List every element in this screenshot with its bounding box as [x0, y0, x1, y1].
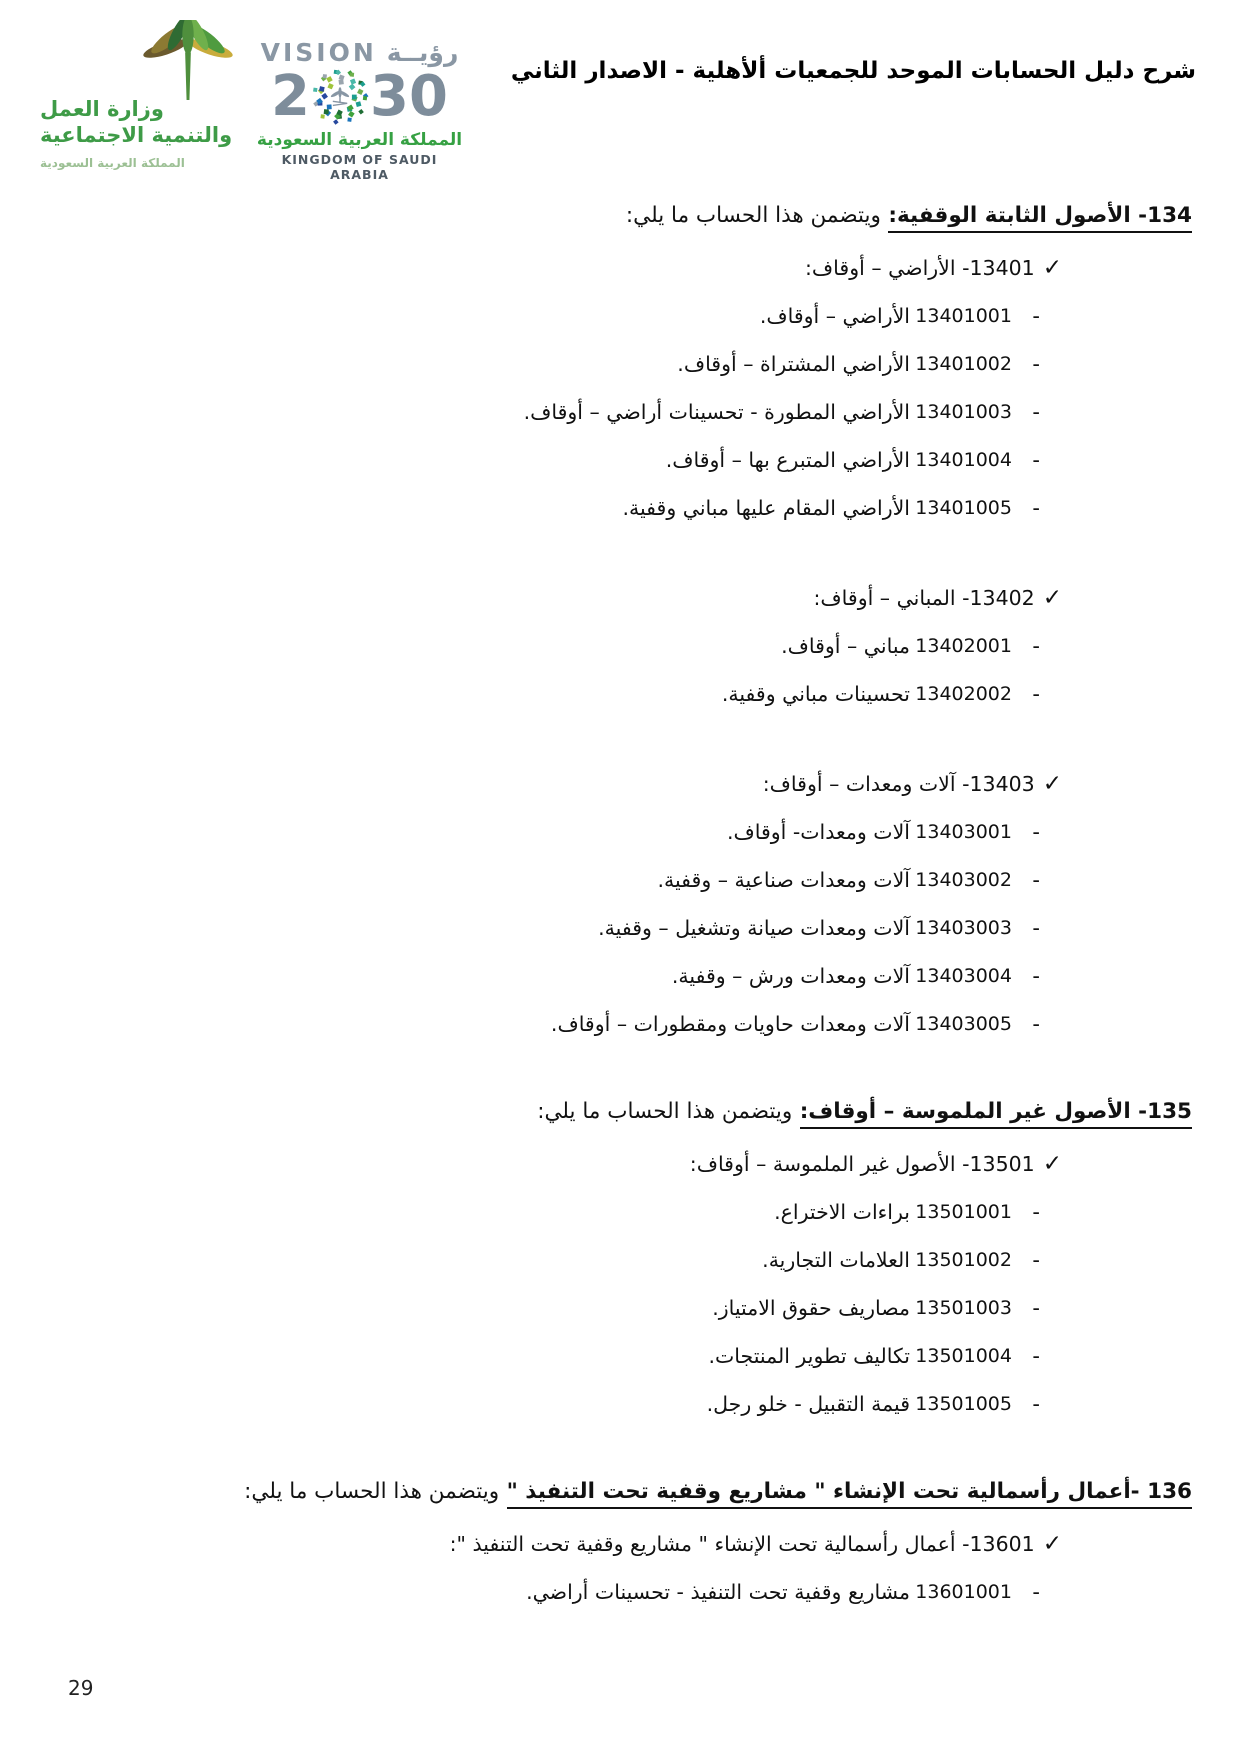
vision-kingdom-en: KINGDOM OF SAUDI ARABIA: [252, 152, 467, 182]
account-group: ✓ 13501- الأصول غير الملموسة – أوقاف: - …: [40, 1140, 1192, 1428]
vision-year-left: 2: [271, 67, 310, 127]
section-heading-description: ويتضمن هذا الحساب ما يلي:: [244, 1479, 499, 1504]
section-groups: ✓ 13501- الأصول غير الملموسة – أوقاف: - …: [40, 1140, 1192, 1428]
section-heading: 134- الأصول الثابتة الوقفية: ويتضمن هذا …: [40, 198, 1192, 234]
dash-bullet-icon: -: [1012, 964, 1040, 988]
section-heading: 135- الأصول غير الملموسة – أوقاف: ويتضمن…: [40, 1094, 1192, 1130]
account-label: الأراضي المقام عليها مباني وقفية.: [622, 496, 910, 520]
account-label: مشاريع وقفية تحت التنفيذ - تحسينات أراضي…: [526, 1580, 910, 1604]
account-label: آلات ومعدات صيانة وتشغيل – وقفية.: [598, 916, 910, 940]
vision-word-en: VISION: [261, 38, 377, 67]
account-code: 13401002: [910, 353, 1012, 375]
account-code: 13402002: [910, 683, 1012, 705]
group-title-row: ✓ 13403- آلات ومعدات – أوقاف:: [40, 760, 1192, 808]
dash-bullet-icon: -: [1012, 1392, 1040, 1416]
dash-bullet-icon: -: [1012, 1296, 1040, 1320]
account-item: - 13501003 مصاريف حقوق الامتياز.: [40, 1284, 1192, 1332]
section-heading-title: 135- الأصول غير الملموسة – أوقاف:: [800, 1099, 1192, 1129]
group-title: 13403- آلات ومعدات – أوقاف:: [763, 772, 1035, 796]
account-code: 13601001: [910, 1581, 1012, 1603]
account-section: 135- الأصول غير الملموسة – أوقاف: ويتضمن…: [40, 1094, 1192, 1428]
account-item: - 13401004 الأراضي المتبرع بها – أوقاف.: [40, 436, 1192, 484]
vision-2030-logo: VISION رؤيــة 2 30 ا: [252, 38, 467, 182]
account-label: الأراضي المتبرع بها – أوقاف.: [666, 448, 910, 472]
group-title: 13501- الأصول غير الملموسة – أوقاف:: [690, 1152, 1035, 1176]
account-group: ✓ 13403- آلات ومعدات – أوقاف: - 13403001…: [40, 760, 1192, 1048]
account-label: مباني – أوقاف.: [781, 634, 910, 658]
dash-bullet-icon: -: [1012, 448, 1040, 472]
group-title-row: ✓ 13402- المباني – أوقاف:: [40, 574, 1192, 622]
checkmark-icon: ✓: [1043, 585, 1062, 611]
account-code: 13401003: [910, 401, 1012, 423]
vision-kingdom-ar: المملكة العربية السعودية: [252, 130, 467, 150]
account-code: 13401004: [910, 449, 1012, 471]
account-label: الأراضي المشتراة – أوقاف.: [677, 352, 910, 376]
account-label: براءات الاختراع.: [774, 1200, 910, 1224]
account-item: - 13403002 آلات ومعدات صناعية – وقفية.: [40, 856, 1192, 904]
account-label: الأراضي – أوقاف.: [760, 304, 910, 328]
checkmark-icon: ✓: [1043, 1151, 1062, 1177]
account-code: 13501005: [910, 1393, 1012, 1415]
document-sections: 134- الأصول الثابتة الوقفية: ويتضمن هذا …: [40, 198, 1192, 1616]
section-heading: 136 -أعمال رأسمالية تحت الإنشاء " مشاريع…: [40, 1474, 1192, 1510]
dash-bullet-icon: -: [1012, 1580, 1040, 1604]
account-code: 13402001: [910, 635, 1012, 657]
group-items: - 13402001 مباني – أوقاف. - 13402002 تحس…: [40, 622, 1192, 718]
account-item: - 13401001 الأراضي – أوقاف.: [40, 292, 1192, 340]
account-item: - 13403004 آلات ومعدات ورش – وقفية.: [40, 952, 1192, 1000]
group-title: 13601- أعمال رأسمالية تحت الإنشاء " مشار…: [450, 1532, 1035, 1556]
account-code: 13403002: [910, 869, 1012, 891]
dash-bullet-icon: -: [1012, 868, 1040, 892]
dash-bullet-icon: -: [1012, 1200, 1040, 1224]
checkmark-icon: ✓: [1043, 255, 1062, 281]
account-label: آلات ومعدات حاويات ومقطورات – أوقاف.: [551, 1012, 910, 1036]
vision-year: 2 30: [252, 67, 467, 127]
account-code: 13403001: [910, 821, 1012, 843]
account-code: 13501004: [910, 1345, 1012, 1367]
group-title-row: ✓ 13401- الأراضي – أوقاف:: [40, 244, 1192, 292]
account-label: آلات ومعدات- أوقاف.: [727, 820, 910, 844]
document-page: وزارة العمل والتنمية الاجتماعية المملكة …: [0, 0, 1240, 1754]
group-items: - 13403001 آلات ومعدات- أوقاف. - 1340300…: [40, 808, 1192, 1048]
dash-bullet-icon: -: [1012, 820, 1040, 844]
vision-word-ar: رؤيــة: [387, 38, 459, 67]
dash-bullet-icon: -: [1012, 352, 1040, 376]
account-code: 13501003: [910, 1297, 1012, 1319]
dash-bullet-icon: -: [1012, 1012, 1040, 1036]
dash-bullet-icon: -: [1012, 1248, 1040, 1272]
vision-year-right: 30: [370, 67, 448, 127]
section-heading-description: ويتضمن هذا الحساب ما يلي:: [626, 203, 881, 228]
account-code: 13403003: [910, 917, 1012, 939]
group-items: - 13601001 مشاريع وقفية تحت التنفيذ - تح…: [40, 1568, 1192, 1616]
group-items: - 13501001 براءات الاختراع. - 13501002 ا…: [40, 1188, 1192, 1428]
account-label: تحسينات مباني وقفية.: [722, 682, 910, 706]
ministry-logo-text: وزارة العمل والتنمية الاجتماعية المملكة …: [40, 96, 240, 171]
group-items: - 13401001 الأراضي – أوقاف. - 13401002 ا…: [40, 292, 1192, 532]
account-label: آلات ومعدات ورش – وقفية.: [672, 964, 910, 988]
dash-bullet-icon: -: [1012, 400, 1040, 424]
account-code: 13403004: [910, 965, 1012, 987]
section-heading-title: 134- الأصول الثابتة الوقفية:: [888, 203, 1192, 233]
section-groups: ✓ 13401- الأراضي – أوقاف: - 13401001 الأ…: [40, 244, 1192, 1048]
ministry-kingdom-line: المملكة العربية السعودية: [40, 155, 240, 171]
account-code: 13401001: [910, 305, 1012, 327]
group-title-row: ✓ 13601- أعمال رأسمالية تحت الإنشاء " مش…: [40, 1520, 1192, 1568]
ministry-name-line2: والتنمية الاجتماعية: [40, 122, 240, 148]
account-item: - 13403005 آلات ومعدات حاويات ومقطورات –…: [40, 1000, 1192, 1048]
account-section: 134- الأصول الثابتة الوقفية: ويتضمن هذا …: [40, 198, 1192, 1048]
account-item: - 13402001 مباني – أوقاف.: [40, 622, 1192, 670]
dash-bullet-icon: -: [1012, 1344, 1040, 1368]
account-code: 13403005: [910, 1013, 1012, 1035]
dash-bullet-icon: -: [1012, 496, 1040, 520]
account-section: 136 -أعمال رأسمالية تحت الإنشاء " مشاريع…: [40, 1474, 1192, 1616]
account-label: قيمة التقبيل - خلو رجل.: [707, 1392, 910, 1416]
account-code: 13501002: [910, 1249, 1012, 1271]
account-group: ✓ 13402- المباني – أوقاف: - 13402001 مبا…: [40, 574, 1192, 718]
account-label: الأراضي المطورة - تحسينات أراضي – أوقاف.: [524, 400, 910, 424]
checkmark-icon: ✓: [1043, 771, 1062, 797]
account-item: - 13401005 الأراضي المقام عليها مباني وق…: [40, 484, 1192, 532]
section-heading-description: ويتضمن هذا الحساب ما يلي:: [537, 1099, 792, 1124]
section-groups: ✓ 13601- أعمال رأسمالية تحت الإنشاء " مش…: [40, 1520, 1192, 1616]
account-item: - 13501005 قيمة التقبيل - خلو رجل.: [40, 1380, 1192, 1428]
account-item: - 13402002 تحسينات مباني وقفية.: [40, 670, 1192, 718]
vision-2030-emblem-icon: [311, 68, 369, 126]
account-item: - 13403003 آلات ومعدات صيانة وتشغيل – وق…: [40, 904, 1192, 952]
account-group: ✓ 13401- الأراضي – أوقاف: - 13401001 الأ…: [40, 244, 1192, 532]
account-item: - 13601001 مشاريع وقفية تحت التنفيذ - تح…: [40, 1568, 1192, 1616]
account-item: - 13401002 الأراضي المشتراة – أوقاف.: [40, 340, 1192, 388]
account-item: - 13403001 آلات ومعدات- أوقاف.: [40, 808, 1192, 856]
dash-bullet-icon: -: [1012, 634, 1040, 658]
group-title: 13401- الأراضي – أوقاف:: [805, 256, 1035, 280]
account-label: آلات ومعدات صناعية – وقفية.: [657, 868, 910, 892]
account-label: مصاريف حقوق الامتياز.: [712, 1296, 910, 1320]
checkmark-icon: ✓: [1043, 1531, 1062, 1557]
ministry-name-line1: وزارة العمل: [40, 96, 240, 122]
group-title: 13402- المباني – أوقاف:: [813, 586, 1034, 610]
account-item: - 13401003 الأراضي المطورة - تحسينات أرا…: [40, 388, 1192, 436]
group-title-row: ✓ 13501- الأصول غير الملموسة – أوقاف:: [40, 1140, 1192, 1188]
account-group: ✓ 13601- أعمال رأسمالية تحت الإنشاء " مش…: [40, 1520, 1192, 1616]
dash-bullet-icon: -: [1012, 682, 1040, 706]
account-item: - 13501002 العلامات التجارية.: [40, 1236, 1192, 1284]
account-code: 13501001: [910, 1201, 1012, 1223]
account-item: - 13501004 تكاليف تطوير المنتجات.: [40, 1332, 1192, 1380]
account-label: تكاليف تطوير المنتجات.: [708, 1344, 910, 1368]
dash-bullet-icon: -: [1012, 916, 1040, 940]
page-header: وزارة العمل والتنمية الاجتماعية المملكة …: [0, 0, 1240, 190]
document-title: شرح دليل الحسابات الموحد للجمعيات ألأهلي…: [511, 58, 1196, 84]
page-number: 29: [68, 1676, 93, 1700]
palm-tree-icon: [140, 20, 236, 100]
section-heading-title: 136 -أعمال رأسمالية تحت الإنشاء " مشاريع…: [507, 1479, 1192, 1509]
dash-bullet-icon: -: [1012, 304, 1040, 328]
account-label: العلامات التجارية.: [762, 1248, 910, 1272]
vision-logo-wordmark: VISION رؤيــة: [252, 38, 467, 67]
account-code: 13401005: [910, 497, 1012, 519]
account-item: - 13501001 براءات الاختراع.: [40, 1188, 1192, 1236]
